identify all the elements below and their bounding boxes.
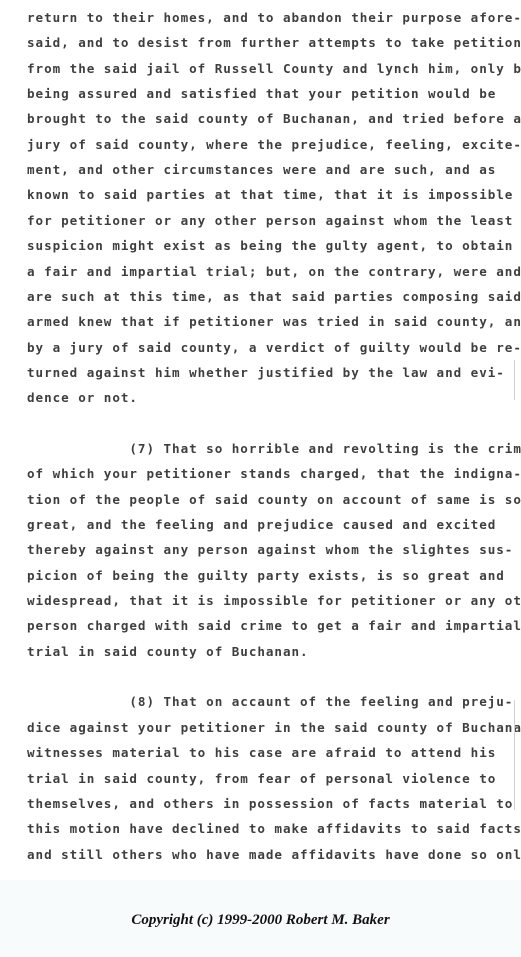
document-line: tion of the people of said county on acc…	[27, 492, 521, 508]
document-line: thereby against any person against whom …	[27, 542, 513, 558]
scanned-document-page: return to their homes, and to abandon th…	[0, 0, 521, 957]
document-line: (7) That so horrible and revolting is th…	[27, 441, 521, 457]
document-line: and still others who have made affidavit…	[27, 847, 521, 863]
document-line: themselves, and others in possession of …	[27, 796, 513, 812]
document-line: great, and the feeling and prejudice cau…	[27, 517, 496, 533]
document-line: known to said parties at that time, that…	[27, 187, 513, 203]
document-line: jury of said county, where the prejudice…	[27, 137, 521, 153]
document-line: for petitioner or any other person again…	[27, 213, 513, 229]
document-line: witnesses material to his case are afrai…	[27, 745, 496, 761]
document-line: brought to the said county of Buchanan, …	[27, 111, 521, 127]
document-line: a fair and impartial trial; but, on the …	[27, 264, 521, 280]
document-line: from the said jail of Russell County and…	[27, 61, 521, 77]
document-line: dice against your petitioner in the said…	[27, 720, 521, 736]
document-line: trial in said county of Buchanan.	[27, 644, 309, 660]
document-line: are such at this time, as that said part…	[27, 289, 521, 305]
document-line: this motion have declined to make affida…	[27, 821, 521, 837]
document-line: said, and to desist from further attempt…	[27, 35, 521, 51]
document-line: (8) That on accaunt of the feeling and p…	[27, 694, 513, 710]
document-line: ment, and other circumstances were and a…	[27, 162, 496, 178]
document-line: return to their homes, and to abandon th…	[27, 10, 521, 26]
scan-edge-mark	[514, 700, 515, 810]
document-line: person charged with said crime to get a …	[27, 618, 521, 634]
document-line: dence or not.	[27, 390, 138, 406]
copyright-notice: Copyright (c) 1999-2000 Robert M. Baker	[0, 912, 521, 929]
document-line: turned against him whether justified by …	[27, 365, 505, 381]
document-line: suspicion might exist as being the gulty…	[27, 238, 513, 254]
document-line: by a jury of said county, a verdict of g…	[27, 340, 521, 356]
document-line: widespread, that it is impossible for pe…	[27, 593, 521, 609]
scan-edge-mark	[514, 360, 515, 400]
document-line: armed knew that if petitioner was tried …	[27, 314, 521, 330]
document-line: of which your petitioner stands charged,…	[27, 466, 521, 482]
document-line: being assured and satisfied that your pe…	[27, 86, 496, 102]
document-line: trial in said county, from fear of perso…	[27, 771, 496, 787]
document-line: picion of being the guilty party exists,…	[27, 568, 505, 584]
